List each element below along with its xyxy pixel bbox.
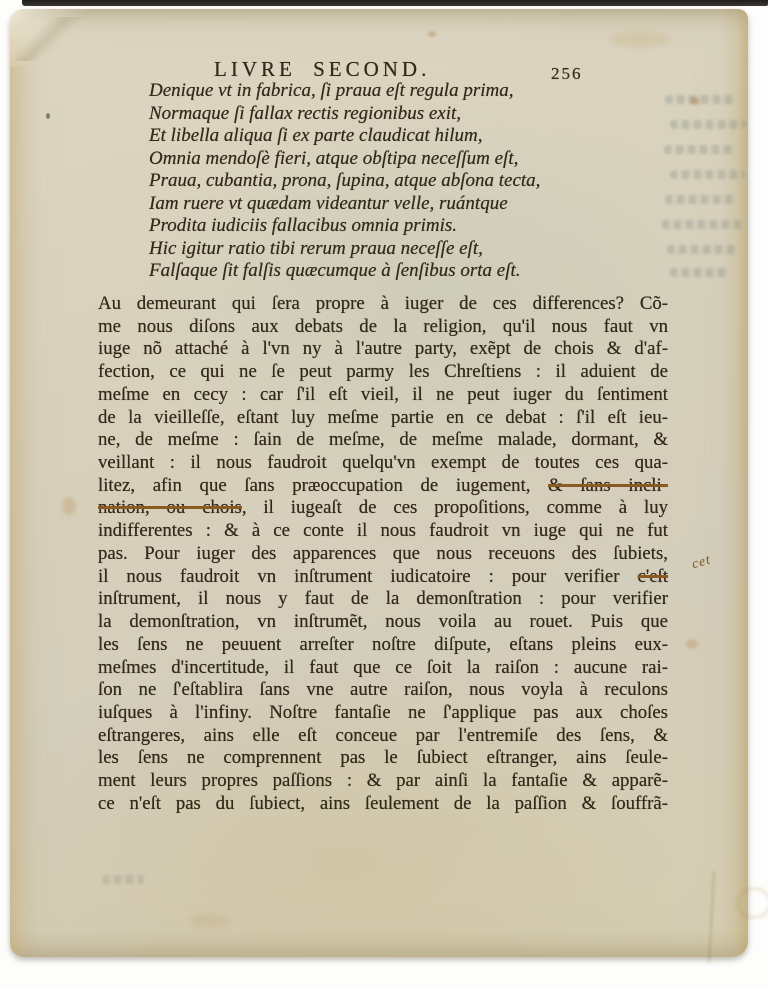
struck-text: nation, ou chois: [98, 497, 242, 518]
scanner-bed-strip: [22, 0, 768, 6]
prose-text: de la vieilleſſe, eſtant luy meſme parti…: [98, 407, 668, 428]
show-through-text: [670, 170, 745, 179]
verse-line: Normaque ſi fallax rectis regionibus exi…: [149, 103, 540, 126]
verse-line: Denique vt in fabrica, ſi praua eſt regu…: [149, 80, 540, 103]
verse-line: Prodita iudiciis fallacibus omnia primis…: [149, 215, 540, 238]
struck-text: c'eſt: [638, 566, 669, 587]
foxing-spot: [190, 914, 230, 928]
prose-text: les ſens ne peuuent arreſter noſtre diſp…: [98, 634, 668, 655]
show-through-text: [665, 195, 735, 204]
show-through-text: [664, 145, 736, 154]
foxing-spot: [610, 31, 670, 47]
prose-line: inſtrument, il nous y faut de la demonſt…: [98, 588, 668, 611]
prose-line: il nous faudroit vn inſtrument iudicatoi…: [98, 566, 668, 589]
latin-verse-block: Denique vt in fabrica, ſi praua eſt regu…: [149, 80, 540, 283]
prose-text: eſtrangeres, ains elle eſt conceue par l…: [98, 725, 668, 746]
book-page: LIVRE SECOND. 256 Denique vt in fabrica,…: [10, 9, 748, 957]
prose-line: me nous diſons aux debats de la religion…: [98, 316, 668, 339]
foxing-spot: [690, 97, 700, 105]
prose-text: ne, de meſme : ſain de meſme, de meſme m…: [98, 429, 668, 450]
prose-text: meſmes d'incertitude, il faut que ce ſoi…: [98, 657, 668, 678]
verse-line: Falſaque ſit falſis quæcumque à ſenſibus…: [149, 260, 540, 283]
prose-text: , il iugeaſt de ces propoſitions, comme …: [242, 497, 668, 518]
handwritten-correction: cet: [690, 553, 713, 574]
prose-text: litez, afin que ſans præoccupation de iu…: [98, 475, 548, 496]
prose-line: indifferentes : & à ce conte il nous fau…: [98, 520, 668, 543]
struck-text: & ſans incli-: [548, 475, 668, 496]
page-crease: [708, 871, 716, 963]
prose-line: iuge nõ attaché à l'vn ny à l'autre part…: [98, 338, 668, 361]
prose-text: ce n'eſt pas du ſubiect, ains ſeulement …: [98, 793, 668, 814]
verse-line: Praua, cubantia, prona, ſupina, atque ab…: [149, 170, 540, 193]
verse-line: Iam ruere vt quædam videantur velle, ruá…: [149, 193, 540, 216]
prose-text: indifferentes : & à ce conte il nous fau…: [98, 520, 668, 541]
prose-text: iuſques à l'infiny. Noſtre fantaſie ne ſ…: [98, 702, 668, 723]
prose-line: ment leurs propres paſſions : & par ainſ…: [98, 770, 668, 793]
prose-line: iuſques à l'infiny. Noſtre fantaſie ne ſ…: [98, 702, 668, 725]
prose-text: la demonſtration, vn inſtrumẽt, nous voi…: [98, 611, 668, 632]
verse-line: Et libella aliqua ſi ex parte claudicat …: [149, 125, 540, 148]
prose-text: inſtrument, il nous y faut de la demonſt…: [98, 588, 668, 609]
prose-text: iuge nõ attaché à l'vn ny à l'autre part…: [98, 338, 668, 359]
book-page-scan: LIVRE SECOND. 256 Denique vt in fabrica,…: [0, 0, 768, 988]
prose-line: ce n'eſt pas du ſubiect, ains ſeulement …: [98, 793, 668, 816]
prose-text: ſon ne ſ'eſtablira ſans vne autre raiſon…: [98, 679, 668, 700]
prose-text: fection, ce qui ne ſe peut parmy les Chr…: [98, 361, 668, 382]
foxing-spot: [62, 497, 76, 515]
foxing-spot: [46, 113, 50, 119]
prose-line: les ſens ne comprennent pas le ſubiect e…: [98, 747, 668, 770]
prose-line: veillant : il nous faudroit quelqu'vn ex…: [98, 452, 668, 475]
running-head-title: LIVRE SECOND.: [214, 57, 430, 82]
verse-line: Hic igitur ratio tibi rerum praua neceſſ…: [149, 238, 540, 261]
prose-line: meſmes d'incertitude, il faut que ce ſoi…: [98, 657, 668, 680]
prose-text: me nous diſons aux debats de la religion…: [98, 316, 668, 337]
prose-text: ment leurs propres paſſions : & par ainſ…: [98, 770, 668, 791]
page-curl-shadow: [16, 17, 86, 61]
prose-text: veillant : il nous faudroit quelqu'vn ex…: [98, 452, 668, 473]
prose-line: litez, afin que ſans præoccupation de iu…: [98, 475, 668, 498]
prose-text: meſme en cecy : car ſ'il eſt vieil, il n…: [98, 384, 668, 405]
prose-text: il nous faudroit vn inſtrument iudicatoi…: [98, 566, 638, 587]
show-through-text: [102, 875, 144, 884]
page-curl-corner: [10, 9, 88, 67]
prose-line: fection, ce qui ne ſe peut parmy les Chr…: [98, 361, 668, 384]
stain-ring: [736, 887, 768, 919]
prose-line: la demonſtration, vn inſtrumẽt, nous voi…: [98, 611, 668, 634]
prose-line: pas. Pour iuger des apparences que nous …: [98, 543, 668, 566]
prose-text: Au demeurant qui ſera propre à iuger de …: [98, 293, 668, 314]
page-number: 256: [551, 64, 583, 84]
prose-line: Au demeurant qui ſera propre à iuger de …: [98, 293, 668, 316]
prose-line: meſme en cecy : car ſ'il eſt vieil, il n…: [98, 384, 668, 407]
show-through-text: [670, 268, 728, 277]
prose-line: les ſens ne peuuent arreſter noſtre diſp…: [98, 634, 668, 657]
show-through-text: [665, 95, 735, 104]
prose-block: Au demeurant qui ſera propre à iuger de …: [98, 293, 668, 816]
foxing-spot: [428, 31, 436, 37]
show-through-text: [662, 220, 742, 229]
prose-text: pas. Pour iuger des apparences que nous …: [98, 543, 668, 564]
show-through-text: [667, 245, 737, 254]
prose-line: nation, ou chois, il iugeaſt de ces prop…: [98, 497, 668, 520]
verse-line: Omnia mendoſè fieri, atque obſtipa neceſ…: [149, 148, 540, 171]
prose-line: ſon ne ſ'eſtablira ſans vne autre raiſon…: [98, 679, 668, 702]
show-through-text: [670, 120, 746, 129]
prose-line: ne, de meſme : ſain de meſme, de meſme m…: [98, 429, 668, 452]
prose-text: les ſens ne comprennent pas le ſubiect e…: [98, 747, 668, 768]
prose-line: eſtrangeres, ains elle eſt conceue par l…: [98, 725, 668, 748]
prose-line: de la vieilleſſe, eſtant luy meſme parti…: [98, 407, 668, 430]
foxing-spot: [686, 639, 698, 649]
